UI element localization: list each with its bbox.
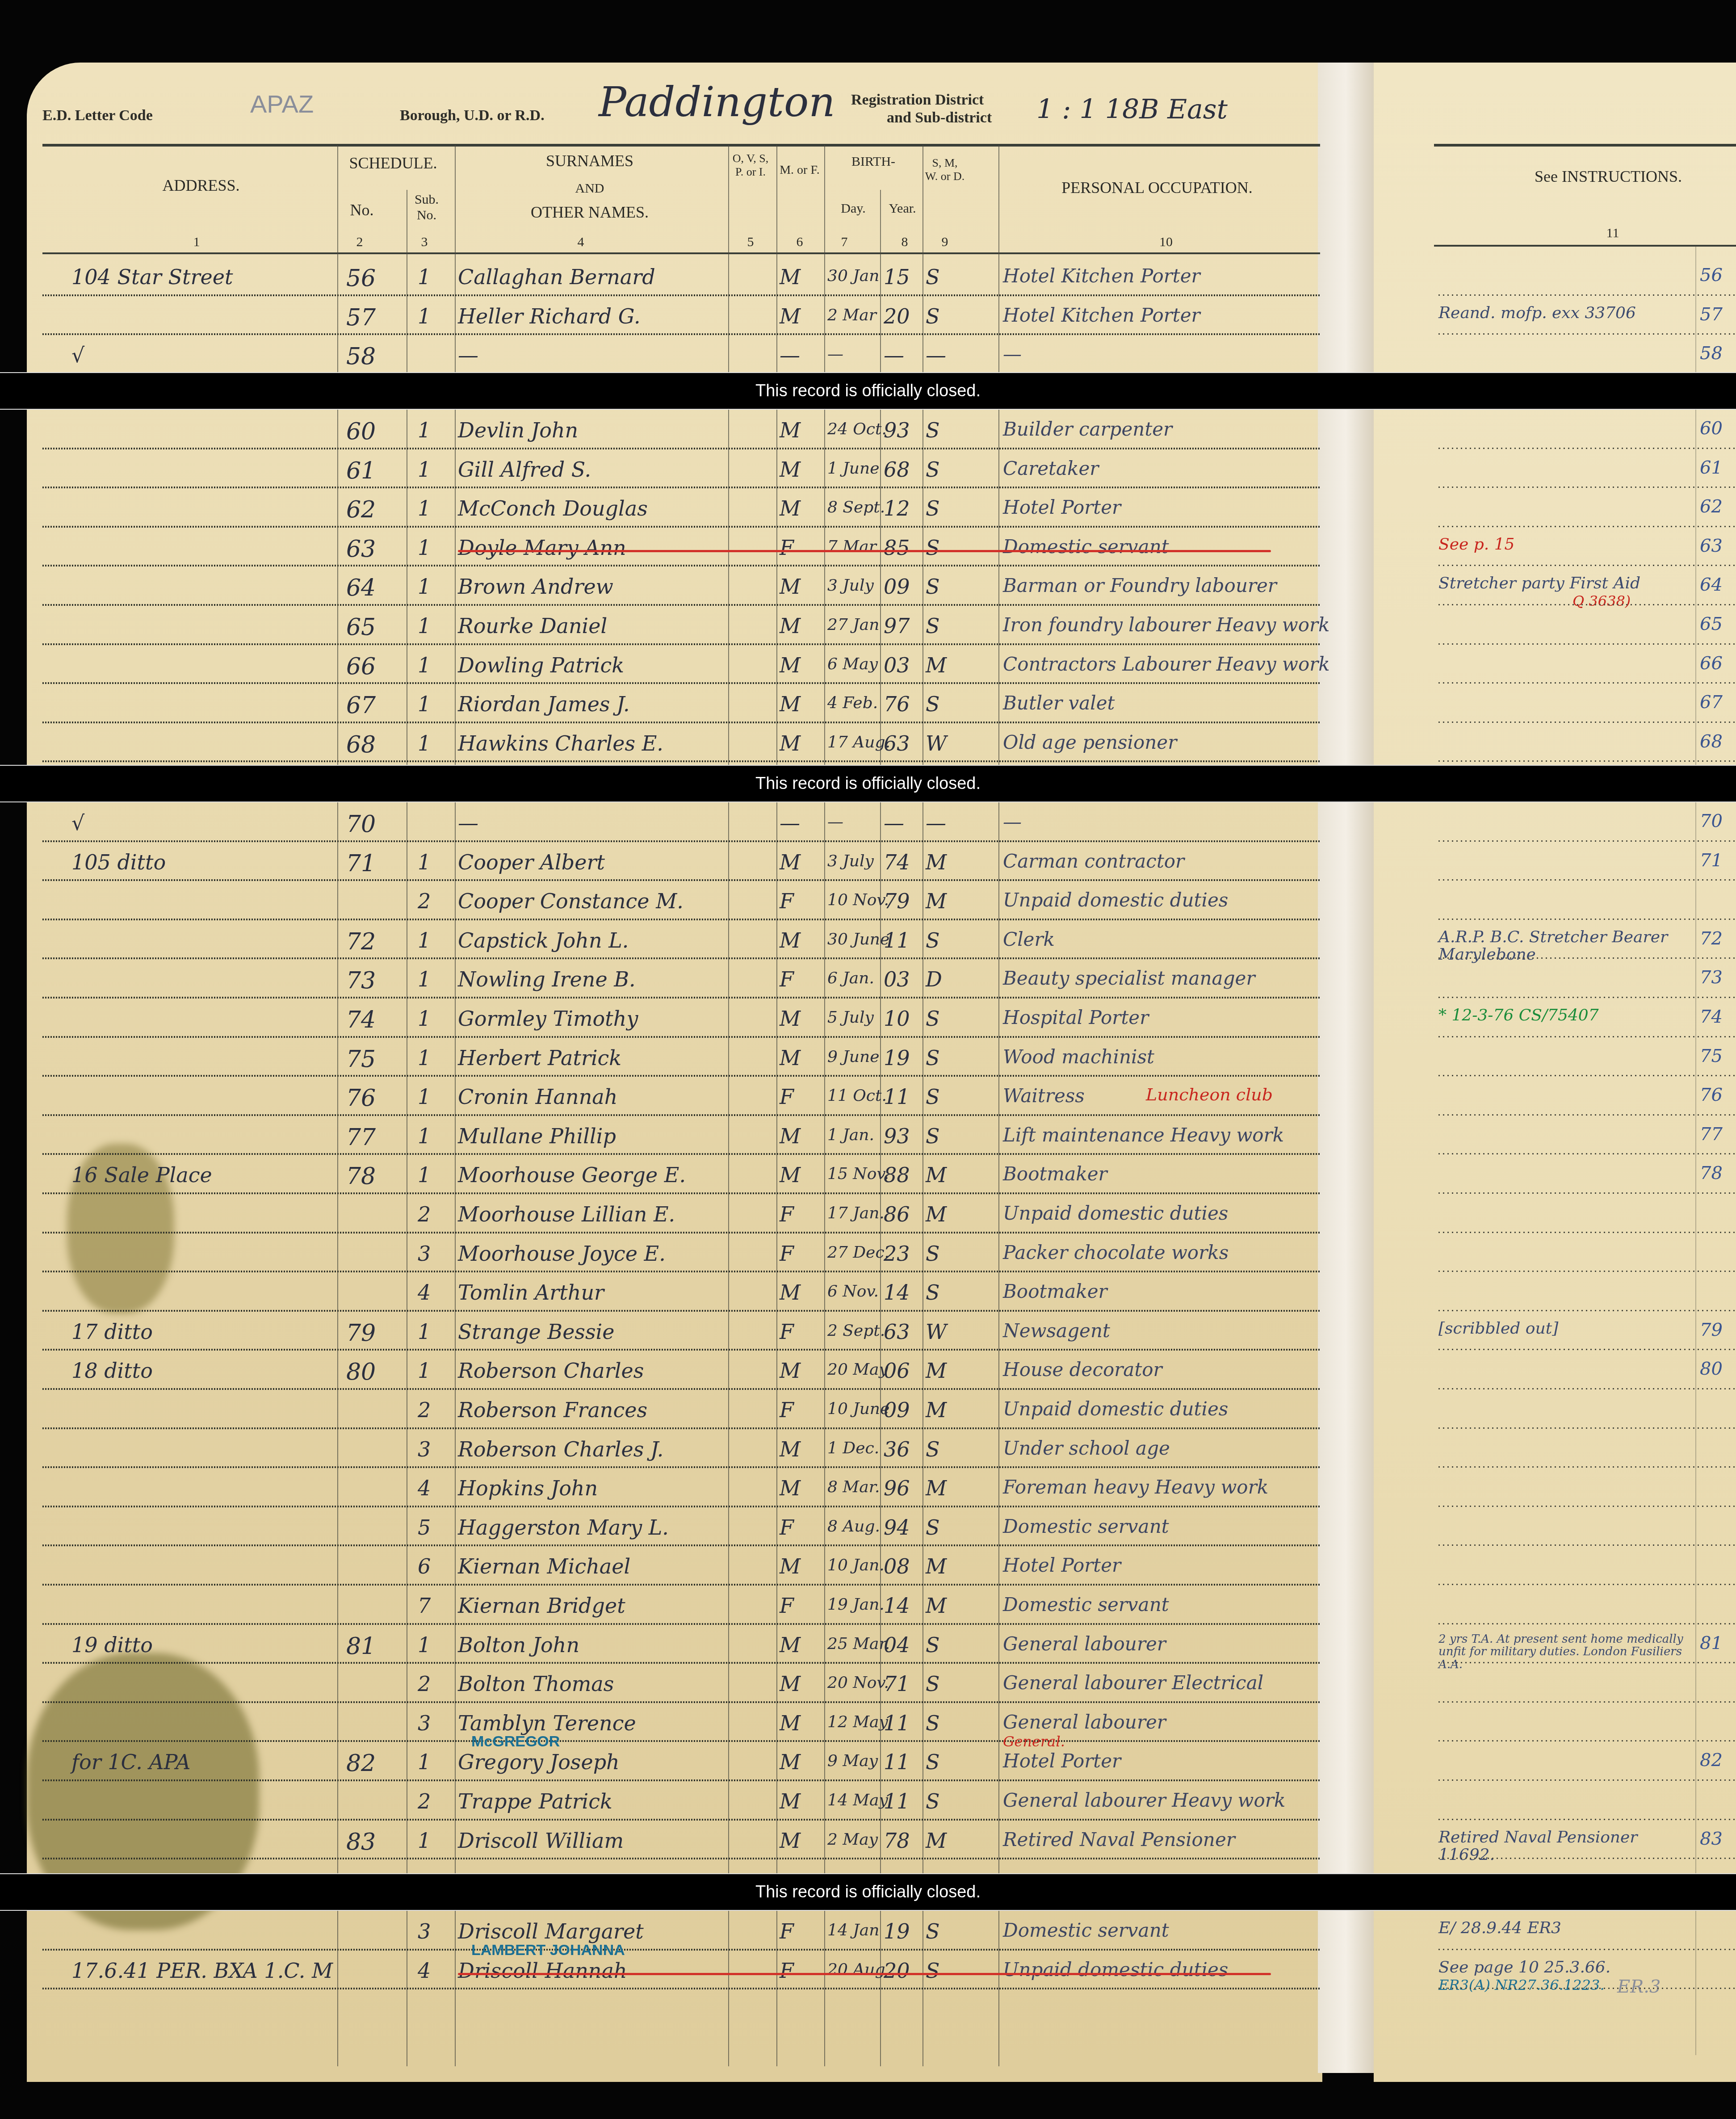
row-occupation: Carman contractor	[1003, 850, 1184, 872]
col-header-and: AND	[456, 181, 724, 197]
row-sex: F	[780, 536, 794, 560]
row-marital: M	[926, 1163, 947, 1187]
row-birth-year: 96	[884, 1476, 910, 1500]
row-schedule-no: 68	[346, 731, 376, 758]
row-rule	[1438, 722, 1736, 723]
row-right-number: 73	[1700, 967, 1723, 988]
row-schedule-no: 62	[346, 496, 376, 523]
row-name: Tamblyn Terence	[458, 1711, 636, 1735]
row-sub-no: 7	[418, 1594, 431, 1618]
row-name: Bolton John	[458, 1633, 579, 1657]
row-birth-day: 8 Sept.	[827, 498, 885, 516]
row-marital: S	[926, 1919, 940, 1943]
row-name: Dowling Patrick	[458, 653, 624, 677]
row-rule	[42, 1544, 1320, 1546]
row-occupation: Lift maintenance Heavy work	[1003, 1124, 1284, 1146]
row-sex: F	[780, 1398, 794, 1422]
row-marital: S	[926, 1124, 940, 1148]
row-birth-day: 11 Oct.	[827, 1087, 887, 1105]
row-birth-year: 78	[884, 1829, 910, 1853]
row-right-number: 63	[1700, 536, 1723, 556]
row-rule	[42, 1075, 1320, 1077]
row-name: Hopkins John	[458, 1476, 598, 1500]
row-marital: S	[926, 1750, 940, 1774]
row-marital: S	[926, 614, 940, 638]
row-remarks: Reand. mofp. exx 33706	[1438, 304, 1636, 322]
row-rule	[42, 1662, 1320, 1664]
row-marital: S	[926, 1515, 940, 1540]
row-rule	[1438, 565, 1736, 566]
row-marital: S	[926, 1437, 940, 1461]
census-page-right	[1374, 63, 1736, 2082]
row-right-number: 83	[1700, 1829, 1723, 1849]
row-sub-no: 3	[418, 1242, 431, 1266]
row-sub-no: 2	[418, 1672, 431, 1696]
row-occupation: Unpaid domestic duties	[1003, 1202, 1228, 1224]
row-occupation: Old age pensioner	[1003, 731, 1177, 753]
row-birth-day: 27 Jan	[827, 616, 879, 634]
row-right-number: 80	[1700, 1359, 1723, 1379]
row-birth-day: 6 Nov.	[827, 1282, 879, 1301]
row-rule	[42, 1114, 1320, 1116]
row-right-number: 75	[1700, 1046, 1723, 1066]
col-num: 8	[891, 235, 918, 250]
row-occupation: General labourer Heavy work	[1003, 1789, 1285, 1811]
row-rule	[1438, 1779, 1736, 1781]
row-occupation: Domestic servant	[1003, 1594, 1169, 1615]
row-name: Tomlin Arthur	[458, 1280, 604, 1305]
row-occupation: Barman or Foundry labourer	[1003, 575, 1277, 596]
row-birth-year: 11	[884, 928, 910, 953]
row-rule	[42, 448, 1320, 449]
row-sex: M	[780, 731, 801, 755]
row-name: Driscoll Hannah	[458, 1959, 627, 1983]
row-name: Moorhouse Lillian E.	[458, 1202, 675, 1226]
row-birth-year: 15	[884, 265, 910, 289]
row-birth-year: —	[884, 811, 904, 835]
row-rule	[42, 1858, 1320, 1859]
row-rule	[1438, 1427, 1736, 1429]
row-sex: M	[780, 1280, 801, 1305]
row-sex: M	[780, 457, 801, 482]
row-marital: M	[926, 850, 947, 874]
row-name-correction: LAMBERT JOHANNA	[471, 1942, 625, 1959]
row-birth-day: 30 Jan	[827, 267, 879, 285]
binding-gutter	[1318, 63, 1374, 2073]
row-schedule-no: 66	[346, 653, 376, 680]
row-address: √	[71, 343, 84, 367]
row-occupation: Bootmaker	[1003, 1280, 1107, 1302]
row-name: Kiernan Michael	[458, 1554, 630, 1578]
row-occupation: Beauty specialist manager	[1003, 967, 1255, 989]
row-occupation: Caretaker	[1003, 457, 1099, 479]
column-rule	[1695, 246, 1696, 2055]
row-occupation: Contractors Labourer Heavy work	[1003, 653, 1330, 675]
row-birth-year: 76	[884, 692, 910, 716]
col-num: 6	[786, 235, 813, 250]
row-schedule-no: 63	[346, 536, 376, 562]
row-marital: W	[926, 731, 947, 755]
row-sub-no: 1	[418, 692, 431, 716]
row-name-correction: McGREGOR	[471, 1733, 560, 1750]
row-rule	[42, 526, 1320, 528]
row-address: 18 ditto	[71, 1359, 153, 1383]
row-occupation: Hotel Porter	[1003, 496, 1121, 518]
row-occupation: Builder carpenter	[1003, 418, 1172, 440]
row-marital: S	[926, 1672, 940, 1696]
row-right-number: 68	[1700, 731, 1723, 752]
row-schedule-no: 57	[346, 304, 376, 331]
row-right-number: 77	[1700, 1124, 1723, 1145]
row-right-number: 60	[1700, 418, 1723, 439]
row-sex: M	[780, 1007, 801, 1031]
row-birth-year: 85	[884, 536, 910, 560]
row-birth-day: 17 Aug.	[827, 733, 890, 751]
row-occupation: Hotel Kitchen Porter	[1003, 304, 1200, 326]
row-occupation: Domestic servant	[1003, 1515, 1169, 1537]
row-birth-day: 3 July	[827, 852, 874, 870]
row-sub-no: 1	[418, 1163, 431, 1187]
row-birth-year: 03	[884, 967, 910, 991]
ed-letter-code-value: APAZ	[250, 89, 314, 118]
row-rule	[1438, 1466, 1736, 1468]
row-schedule-no: 60	[346, 418, 376, 445]
row-schedule-no: 77	[346, 1124, 376, 1151]
row-rule	[42, 682, 1320, 684]
row-address: for 1C. APA	[71, 1750, 191, 1774]
row-sub-no: 1	[418, 1007, 431, 1031]
row-remarks: 2 yrs T.A. At present sent home medicall…	[1438, 1633, 1689, 1671]
row-marital: S	[926, 1959, 940, 1983]
row-occupation: Waitress	[1003, 1085, 1085, 1107]
row-birth-day: 27 Dec.	[827, 1243, 889, 1262]
row-remarks: * 12-3-76 CS/75407	[1438, 1007, 1599, 1024]
row-schedule-no: 80	[346, 1359, 376, 1385]
row-address: 104 Star Street	[71, 265, 233, 289]
row-sex: M	[780, 1633, 801, 1657]
row-birth-year: 14	[884, 1280, 910, 1305]
col-header-occupation: PERSONAL OCCUPATION.	[1001, 179, 1313, 197]
row-address: 16 Sale Place	[71, 1163, 212, 1187]
row-right-number: 82	[1700, 1750, 1723, 1771]
row-address: 17.6.41 PER. BXA 1.C. M	[71, 1959, 333, 1983]
row-sex: M	[780, 653, 801, 677]
row-right-number: 67	[1700, 692, 1723, 713]
header-rule	[1434, 245, 1736, 247]
col-header-day: Day.	[826, 201, 880, 217]
row-sex: —	[780, 343, 800, 367]
col-num: 4	[567, 235, 594, 250]
row-marital: M	[926, 1476, 947, 1500]
row-sex: M	[780, 1359, 801, 1383]
registration-value: 1 : 1 18B East	[1036, 94, 1228, 125]
row-rule	[1438, 1988, 1736, 1989]
row-sex: F	[780, 1202, 794, 1226]
row-sex: —	[780, 811, 800, 835]
row-sex: F	[780, 1085, 794, 1109]
row-rule	[42, 760, 1320, 762]
strike-through	[458, 1973, 1271, 1975]
row-sex: F	[780, 1594, 794, 1618]
row-sex: F	[780, 1919, 794, 1943]
closed-record-bar: This record is officially closed.	[0, 765, 1736, 802]
row-rule	[42, 565, 1320, 566]
row-schedule-no: 67	[346, 692, 376, 719]
row-birth-day: 20 Aug.	[827, 1960, 890, 1979]
row-birth-year: 09	[884, 1398, 910, 1422]
row-sub-no: 5	[418, 1515, 431, 1540]
row-sub-no: 3	[418, 1919, 431, 1943]
row-rule	[1438, 1349, 1736, 1350]
row-birth-day: —	[827, 345, 843, 363]
row-rule	[42, 1349, 1320, 1351]
row-name: Hawkins Charles E.	[458, 731, 663, 755]
row-occupation: Hospital Porter	[1003, 1007, 1149, 1028]
row-birth-day: 12 May	[827, 1713, 888, 1731]
row-right-number: 65	[1700, 614, 1723, 634]
row-name: Capstick John L.	[458, 928, 629, 953]
row-schedule-no: 72	[346, 928, 376, 955]
row-rule	[42, 1819, 1320, 1821]
row-rule	[1438, 1153, 1736, 1154]
row-sex: F	[780, 889, 794, 913]
row-sub-no: 1	[418, 850, 431, 874]
row-name: Nowling Irene B.	[458, 967, 636, 991]
row-sex: M	[780, 1437, 801, 1461]
row-rule	[42, 1779, 1320, 1781]
row-sex: M	[780, 1750, 801, 1774]
row-occupation: —	[1003, 811, 1022, 833]
row-name: Moorhouse George E.	[458, 1163, 686, 1187]
row-name: Riordan James J.	[458, 692, 630, 716]
row-rule	[42, 1949, 1320, 1951]
row-sub-no: 3	[418, 1437, 431, 1461]
row-sub-no: 3	[418, 1711, 431, 1735]
row-rule	[1438, 957, 1736, 959]
row-occupation: Unpaid domestic duties	[1003, 889, 1228, 911]
registration-label-2: and Sub-district	[887, 109, 992, 126]
row-name: —	[458, 343, 478, 367]
row-occupation: General labourer	[1003, 1711, 1166, 1733]
row-rule	[1438, 487, 1736, 488]
row-name: Heller Richard G.	[458, 304, 641, 328]
row-marital: S	[926, 1789, 940, 1813]
row-right-number: 62	[1700, 496, 1723, 517]
row-name: Gregory Joseph	[458, 1750, 620, 1774]
row-occupation: Clerk	[1003, 928, 1055, 950]
row-rule	[1438, 1271, 1736, 1272]
row-name: Cronin Hannah	[458, 1085, 617, 1109]
row-rule	[42, 1427, 1320, 1429]
row-birth-day: 10 Jan.	[827, 1556, 885, 1574]
row-rule	[1438, 604, 1736, 605]
row-birth-year: 94	[884, 1515, 910, 1540]
col-header-schedule: SCHEDULE.	[333, 154, 453, 172]
row-name: Strange Bessie	[458, 1320, 615, 1344]
row-rule	[1438, 760, 1736, 762]
row-rule	[1438, 682, 1736, 684]
row-birth-year: 20	[884, 304, 910, 328]
row-occupation: Butler valet	[1003, 692, 1115, 714]
row-marital: M	[926, 1829, 947, 1853]
row-name: Gormley Timothy	[458, 1007, 638, 1031]
row-name: Rourke Daniel	[458, 614, 607, 638]
row-sex: M	[780, 928, 801, 953]
row-birth-year: 93	[884, 418, 910, 442]
row-sex: M	[780, 692, 801, 716]
row-rule	[1438, 1544, 1736, 1546]
row-name: Mullane Phillip	[458, 1124, 616, 1148]
col-num: 5	[737, 235, 764, 250]
row-sub-no: 1	[418, 1829, 431, 1853]
row-sex: M	[780, 614, 801, 638]
col-header-ovspi: O, V, S, P. or I.	[728, 152, 773, 179]
row-sub-no: 1	[418, 304, 431, 328]
row-right-number: 61	[1700, 457, 1723, 478]
row-birth-day: 1 Dec.	[827, 1439, 879, 1457]
row-occupation: Unpaid domestic duties	[1003, 1398, 1228, 1420]
row-marital: —	[926, 811, 946, 835]
column-rule	[824, 145, 825, 2066]
row-birth-year: 19	[884, 1046, 910, 1070]
row-rule	[1438, 997, 1736, 998]
row-rule	[1438, 1075, 1736, 1076]
row-rule	[42, 643, 1320, 645]
row-occupation: Newsagent	[1003, 1320, 1110, 1342]
row-sex: M	[780, 1124, 801, 1148]
row-birth-year: 11	[884, 1750, 910, 1774]
row-marital: S	[926, 1085, 940, 1109]
row-schedule-no: 71	[346, 850, 376, 877]
row-rule	[1438, 1232, 1736, 1233]
row-sex: M	[780, 1476, 801, 1500]
row-marital: S	[926, 457, 940, 482]
row-schedule-no: 73	[346, 967, 376, 994]
col-num: 9	[931, 235, 958, 250]
row-name: Callaghan Bernard	[458, 265, 655, 289]
row-birth-day: 6 May	[827, 655, 878, 673]
row-marital: S	[926, 928, 940, 953]
row-occupation-correction: General.	[1003, 1733, 1065, 1750]
col-header-birth: BIRTH-	[826, 154, 920, 170]
row-name: Bolton Thomas	[458, 1672, 614, 1696]
row-occupation: Under school age	[1003, 1437, 1170, 1459]
row-marital: S	[926, 1711, 940, 1735]
row-sub-no: 2	[418, 889, 431, 913]
closed-record-text: This record is officially closed.	[755, 774, 981, 793]
row-birth-day: 3 July	[827, 576, 874, 595]
row-marital: M	[926, 653, 947, 677]
row-birth-year: 11	[884, 1085, 910, 1109]
ed-letter-code-label: E.D. Letter Code	[42, 107, 153, 124]
row-birth-day: 10 Nov.	[827, 891, 889, 909]
row-sub-no: 1	[418, 457, 431, 482]
column-rule	[776, 145, 777, 2066]
col-header-schedule-no: No.	[335, 201, 389, 219]
row-name: Doyle Mary Ann	[458, 536, 626, 560]
row-birth-year: 04	[884, 1633, 910, 1657]
row-sub-no: 2	[418, 1398, 431, 1422]
row-rule	[1438, 1623, 1736, 1624]
row-marital: M	[926, 889, 947, 913]
row-occupation: Domestic servant	[1003, 1919, 1169, 1941]
row-occupation: Retired Naval Pensioner	[1003, 1829, 1235, 1850]
row-right-number: 81	[1700, 1633, 1723, 1653]
row-sex: M	[780, 265, 801, 289]
row-rule	[42, 1584, 1320, 1586]
row-birth-day: 1 June	[827, 459, 879, 478]
col-num: 10	[1153, 235, 1179, 250]
row-birth-year: 93	[884, 1124, 910, 1148]
row-sex: M	[780, 1711, 801, 1735]
row-sub-no: 1	[418, 653, 431, 677]
row-marital: S	[926, 1633, 940, 1657]
col-num: 1	[179, 235, 214, 250]
row-occupation: Domestic servant	[1003, 536, 1169, 558]
borough-value: Paddington	[599, 78, 835, 126]
row-occupation: Unpaid domestic duties	[1003, 1959, 1228, 1981]
row-rule	[42, 333, 1320, 335]
row-birth-year: 74	[884, 850, 910, 874]
row-occupation: House decorator	[1003, 1359, 1162, 1380]
row-name: Roberson Charles J.	[458, 1437, 663, 1461]
row-sub-no: 2	[418, 1202, 431, 1226]
row-sub-no: 6	[418, 1554, 431, 1578]
row-rule	[42, 1232, 1320, 1234]
row-schedule-no: 82	[346, 1750, 376, 1777]
row-name: Devlin John	[458, 418, 578, 442]
col-header-marital: S, M, W. or D.	[925, 156, 965, 183]
row-occupation: General labourer	[1003, 1633, 1166, 1655]
row-birth-day: 20 May	[827, 1360, 888, 1379]
header-rule	[1434, 144, 1736, 147]
row-name: Gill Alfred S.	[458, 457, 591, 482]
row-occupation: Hotel Kitchen Porter	[1003, 265, 1200, 287]
row-rule	[1438, 1819, 1736, 1820]
row-marital: S	[926, 1046, 940, 1070]
row-schedule-no: 76	[346, 1085, 376, 1112]
row-occupation: —	[1003, 343, 1022, 365]
row-marital: M	[926, 1594, 947, 1618]
col-num: 3	[411, 235, 438, 250]
row-sub-no: 4	[418, 1476, 431, 1500]
row-rule	[42, 1466, 1320, 1468]
row-name: Driscoll William	[458, 1829, 624, 1853]
row-rule	[42, 1701, 1320, 1703]
row-rule	[42, 1988, 1320, 1989]
row-sub-no: 1	[418, 731, 431, 755]
row-name: Moorhouse Joyce E.	[458, 1242, 666, 1266]
row-schedule-no: 79	[346, 1320, 376, 1347]
row-birth-day: 17 Jan.	[827, 1204, 885, 1222]
row-sex: M	[780, 575, 801, 599]
row-remarks: See p. 15	[1438, 536, 1514, 554]
row-birth-year: 20	[884, 1959, 910, 1983]
row-rule	[1438, 526, 1736, 527]
row-birth-day: 8 Aug.	[827, 1517, 880, 1536]
row-name: Trappe Patrick	[458, 1789, 612, 1813]
row-address: 19 ditto	[71, 1633, 153, 1657]
row-schedule-no: 74	[346, 1007, 376, 1033]
row-birth-day: 1 Jan.	[827, 1126, 874, 1144]
registration-label-1: Registration District	[851, 92, 984, 109]
row-birth-day: 24 Oct.	[827, 420, 887, 438]
row-birth-year: 79	[884, 889, 910, 913]
row-sub-no: 2	[418, 1789, 431, 1813]
row-occupation: Iron foundry labourer Heavy work	[1003, 614, 1329, 636]
row-birth-year: 71	[884, 1672, 910, 1696]
row-rule	[42, 1506, 1320, 1507]
